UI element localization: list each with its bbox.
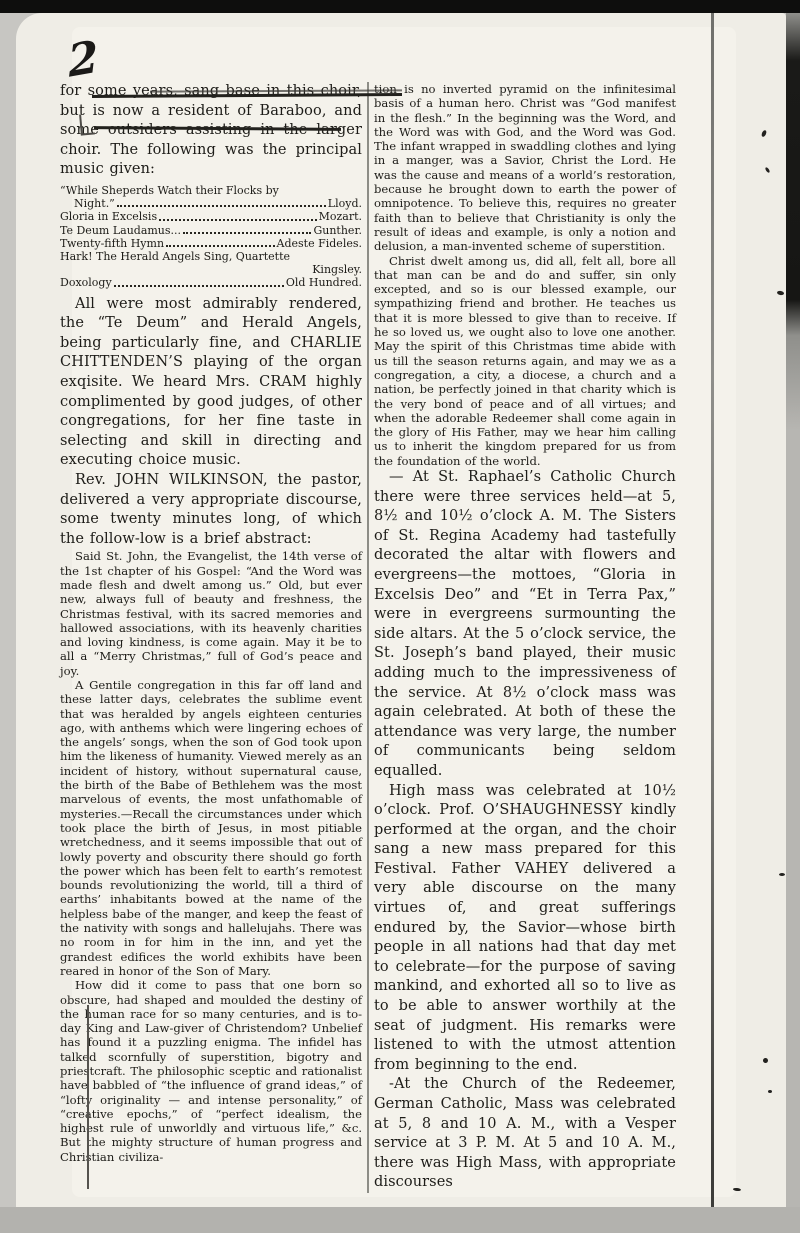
music-list-row: Night.”Lloyd.: [60, 197, 362, 210]
music-title: “While Sheperds Watch their Flocks by: [60, 184, 279, 197]
fold-crease-line: [711, 13, 714, 1207]
paper-speck: [768, 1090, 772, 1093]
leader-dots: [114, 285, 284, 287]
music-list-row: Gloria in ExcelsisMozart.: [60, 210, 362, 223]
music-title: Twenty-fifth Hymn: [60, 237, 164, 250]
music-author: Old Hundred.: [286, 276, 362, 289]
paragraph-rendered: All were most admirably rendered, the “T…: [60, 295, 362, 471]
scan-top-edge: [0, 0, 800, 13]
music-list-row: DoxologyOld Hundred.: [60, 276, 362, 289]
paragraph-high-mass: High mass was celebrated at 10½ o’clock.…: [374, 782, 676, 1076]
music-title: Gloria in Excelsis: [60, 210, 157, 223]
music-author: Kingsley.: [312, 263, 362, 276]
newspaper-clipping: for some years, sang base in this choir,…: [60, 82, 678, 1193]
paragraph-church-redeemer: -At the Church of the Redeemer, German C…: [374, 1075, 676, 1193]
right-column: tion is no inverted pyramid on the infin…: [374, 82, 676, 1193]
music-list-row: Te Deum Laudamus...Gunther.: [60, 224, 362, 237]
pencil-corner-mark: [79, 113, 95, 135]
music-author: Lloyd.: [328, 197, 362, 210]
music-author: Gunther.: [313, 224, 362, 237]
left-column: for some years, sang base in this choir,…: [60, 82, 362, 1193]
abstract-paragraph-4: tion is no inverted pyramid on the infin…: [374, 82, 676, 254]
abstract-paragraph-3: How did it come to pass that one born so…: [60, 978, 362, 1164]
paragraph-st-raphaels: — At St. Raphael’s Catholic Church there…: [374, 468, 676, 782]
leader-dots: [159, 219, 316, 221]
music-list-row: “While Sheperds Watch their Flocks by: [60, 184, 362, 197]
scan-dark-edge: [786, 13, 800, 1207]
music-author: Mozart.: [319, 210, 362, 223]
music-list-row: Kingsley.: [60, 263, 362, 276]
music-list-row: Twenty-fifth HymnAdeste Fideles.: [60, 237, 362, 250]
abstract-paragraph-5: Christ dwelt among us, did all, felt all…: [374, 254, 676, 468]
abstract-paragraph-1: Said St. John, the Evangelist, the 14th …: [60, 549, 362, 678]
music-title: Hark! The Herald Angels Sing, Quartette: [60, 250, 290, 263]
music-author: Adeste Fideles.: [277, 237, 362, 250]
paper-speck: [779, 873, 785, 876]
leader-dots: [166, 245, 275, 247]
music-title: Doxology: [60, 276, 112, 289]
music-program-list: “While Sheperds Watch their Flocks byNig…: [60, 184, 362, 290]
music-title: Te Deum Laudamus...: [60, 224, 181, 237]
scan-bottom-edge: [0, 1207, 800, 1233]
abstract-paragraph-2: A Gentile congregation in this far off l…: [60, 678, 362, 978]
music-title: Night.”: [74, 197, 115, 210]
leader-dots: [183, 232, 311, 234]
handwritten-page-number: 2: [66, 31, 100, 87]
paragraph-pastor: Rev. JOHN WILKINSON, the pastor, deliver…: [60, 471, 362, 549]
column-divider-rule: [367, 82, 369, 1193]
scanned-newspaper-page: { "page": { "handwritten_number": "2" },…: [0, 0, 800, 1233]
music-list-row: Hark! The Herald Angels Sing, Quartette: [60, 250, 362, 263]
margin-pencil-line: [87, 1005, 89, 1189]
leader-dots: [117, 205, 326, 207]
